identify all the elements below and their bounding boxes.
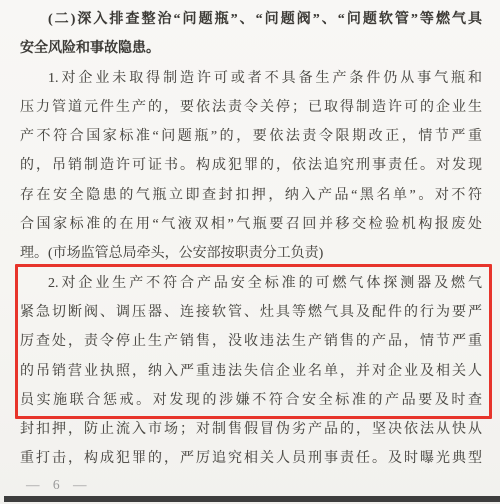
text-line: 的，吊销制造许可证书。构成犯罪的，依法追究刑事责任。对发现 xyxy=(20,151,482,180)
text-line: 理。(市场监管总局牵头，公安部按职责分工负责) xyxy=(20,239,482,268)
text-line: 封扣押，防止流入市场；对制售假冒伪劣产品的，坚决依法从快从 xyxy=(20,415,482,444)
text-line: 重打击，构成犯罪的，严厉追究相关人员刑事责任。及时曝光典型 xyxy=(20,444,482,473)
page-number: — 6 — xyxy=(26,477,92,493)
text-line: 产不符合国家标准“问题瓶”的，要依法责令限期改正，情节严重 xyxy=(20,122,482,151)
text-line: (二)深入排查整治“问题瓶”、“问题阀”、“问题软管”等燃气具 xyxy=(20,5,482,34)
bottom-bar xyxy=(4,496,500,502)
text-line: 压力管道元件生产的，要依法责令关停；已取得制造许可的企业生 xyxy=(20,93,482,122)
text-line: 厉查处，责令停止生产销售，没收违法生产销售的产品，情节严重 xyxy=(20,327,482,356)
text-line: 存在安全隐患的气瓶立即查封扣押，纳入产品“黑名单”。对不符 xyxy=(20,181,482,210)
text-line: 安全风险和事故隐患。 xyxy=(20,34,482,63)
text-line: 2.对企业生产不符合产品安全标准的可燃气体探测器及燃气 xyxy=(20,269,482,298)
text-line: 1.对企业未取得制造许可或者不具备生产条件仍从事气瓶和 xyxy=(20,64,482,93)
text-line: 员实施联合惩戒。对发现的涉嫌不符合安全标准的产品要及时查 xyxy=(20,386,482,415)
text-line: 紧急切断阀、调压器、连接软管、灶具等燃气具及配件的行为要严 xyxy=(20,298,482,327)
text-line: 的吊销营业执照，纳入严重违法失信企业名单，并对企业及相关人 xyxy=(20,357,482,386)
document-body: (二)深入排查整治“问题瓶”、“问题阀”、“问题软管”等燃气具安全风险和事故隐患… xyxy=(20,5,482,474)
text-line: 合国家标准的在用“气液双相”气瓶要召回并移交检验机构报废处 xyxy=(20,210,482,239)
